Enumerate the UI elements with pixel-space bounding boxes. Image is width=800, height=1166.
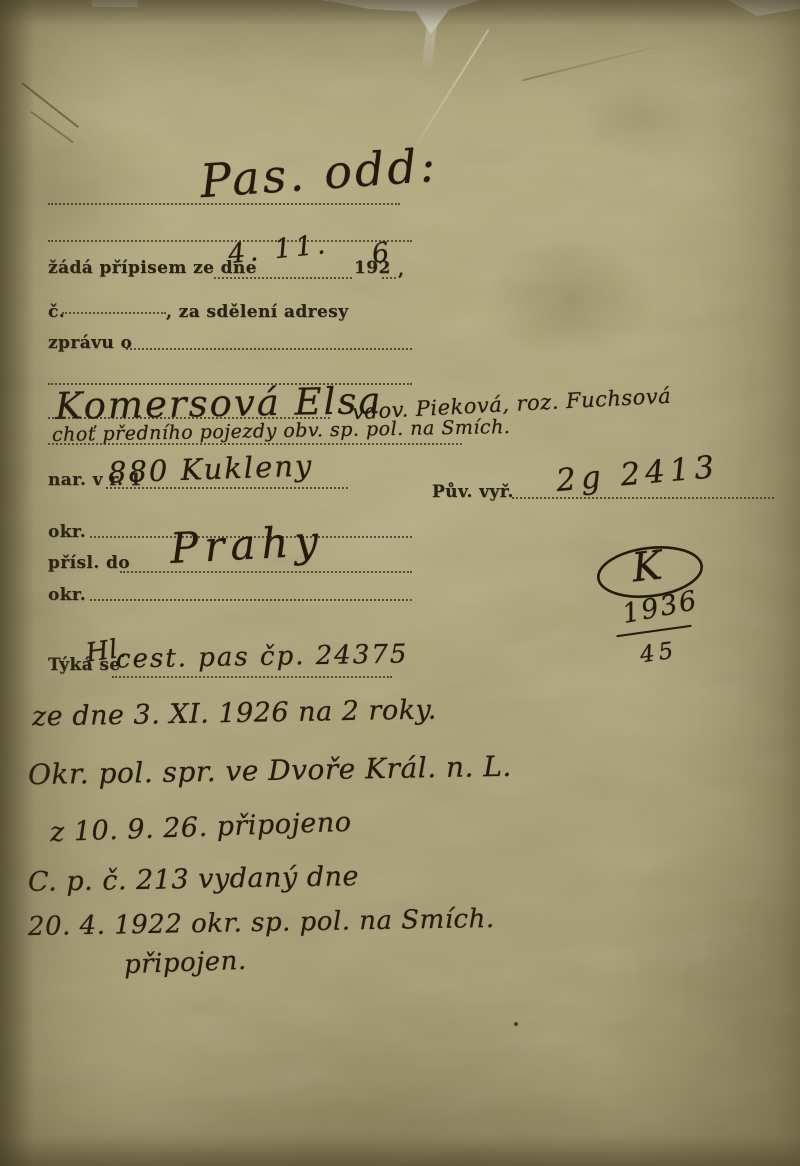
subject-name-line	[48, 417, 330, 419]
subject-detail-line	[48, 443, 462, 445]
comma-printed: ,	[398, 260, 404, 280]
concerns-fill-line	[112, 676, 392, 678]
paper-edge-shadow-bottom	[0, 1136, 800, 1166]
paper-edge-shadow-left	[0, 0, 34, 1166]
note-line-4: C. p. č. 213 vydaný dne	[28, 861, 359, 898]
report-label: zprávu o	[48, 333, 132, 353]
orig-ref-label: Pův. vyř.	[432, 482, 514, 502]
number-fill-line	[62, 312, 166, 314]
dept-note-line	[48, 203, 400, 205]
number-suffix: , za sdělení adresy	[166, 302, 348, 322]
file-mark-initial: K	[630, 543, 665, 592]
orig-ref-fill-line	[512, 497, 774, 499]
year-handwritten: 6	[370, 237, 392, 270]
year-fill-line	[382, 277, 396, 279]
district2-label: okr.	[48, 585, 86, 605]
note-line-6: připojen.	[124, 946, 248, 980]
paper-edge-shadow-top	[0, 0, 800, 26]
district2-fill-line	[90, 599, 412, 601]
district1-label: okr.	[48, 522, 86, 542]
domicile-handwritten: Prahy	[169, 516, 326, 573]
scanned-document: Pas. odd: žádá přípisem ze dne 4. 11. 19…	[0, 0, 800, 1166]
born-fill-line	[106, 487, 348, 489]
concerns-handwritten: cest. pas čp. 24375	[116, 639, 409, 674]
report-fill-line	[126, 348, 412, 350]
request-date-line	[214, 277, 352, 279]
domicile-fill-line	[120, 571, 412, 573]
domicile-label: přísl. do	[48, 553, 130, 573]
request-date-label: žádá přípisem ze dne	[48, 258, 257, 278]
born-handwritten: 880 Kukleny	[107, 448, 313, 489]
file-mark-sub: 45	[638, 638, 679, 669]
ink-speck	[514, 1022, 518, 1026]
